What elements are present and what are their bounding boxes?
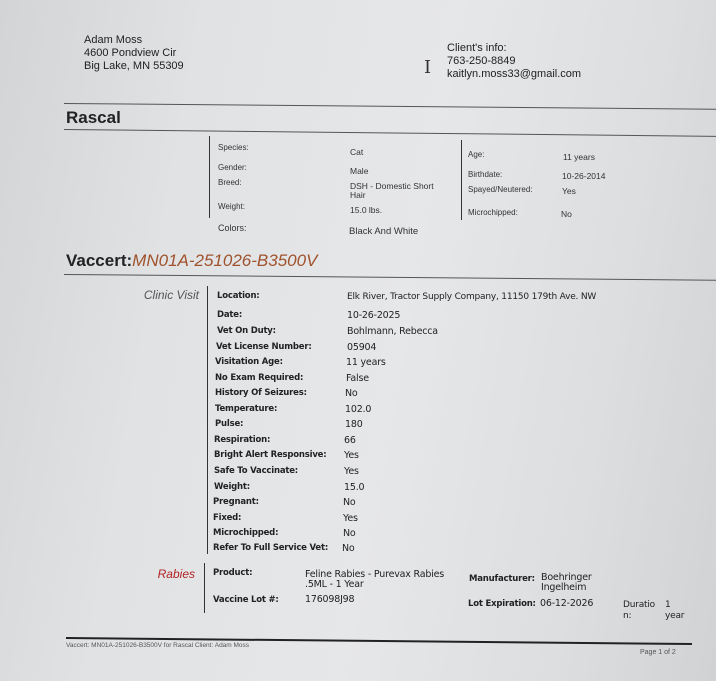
clinic-field-label: Pulse: <box>215 419 243 429</box>
clinic-field-value: 66 <box>344 435 356 446</box>
colors-label: Colors: <box>218 223 247 233</box>
clinic-field-value: Elk River, Tractor Supply Company, 11150… <box>347 292 596 302</box>
clinic-field-label: History Of Seizures: <box>215 388 307 398</box>
product-value-line2: .5ML - 1 Year <box>305 580 444 590</box>
duration-label-line2: n: <box>623 611 655 622</box>
page-number: Page 1 of 2 <box>640 649 676 656</box>
owner-city: Big Lake, MN 55309 <box>84 60 184 73</box>
species-value: Cat <box>350 147 363 157</box>
duration-value: 1 year <box>665 600 684 622</box>
weight-value: 15.0 lbs. <box>350 205 382 215</box>
age-label: Age: <box>468 150 484 159</box>
spayed-neutered-value: Yes <box>562 186 576 196</box>
footer-caption: Vaccert: MN01A-251026-B3500V for Rascal … <box>66 642 249 649</box>
divider <box>461 140 462 220</box>
duration-value-line2: year <box>665 611 684 622</box>
spayed-neutered-label: Spayed/Neutered: <box>468 185 533 194</box>
vaccine-lot-label: Vaccine Lot #: <box>213 595 279 605</box>
client-info-label: Client's info: <box>447 42 581 55</box>
clinic-field-value: 102.0 <box>345 404 371 415</box>
microchipped-label: Microchipped: <box>468 208 518 217</box>
clinic-field-value: 15.0 <box>344 482 364 493</box>
product-value: Feline Rabies - Purevax Rabies .5ML - 1 … <box>305 570 444 590</box>
duration-label-line1: Duratio <box>623 600 655 611</box>
clinic-field-label: Safe To Vaccinate: <box>214 466 298 476</box>
birthdate-value: 10-26-2014 <box>562 171 605 181</box>
manufacturer-value: Boehringer Ingelheim <box>541 573 592 593</box>
clinic-field-value: 05904 <box>347 342 376 353</box>
breed-label: Breed: <box>218 178 242 187</box>
vaccert-heading: Vaccert:MN01A-251026-B3500V <box>66 251 317 271</box>
clinic-field-value: 10-26-2025 <box>347 310 400 321</box>
colors-value: Black And White <box>349 226 418 237</box>
clinic-field-value: Yes <box>344 450 359 461</box>
divider <box>64 129 716 137</box>
clinic-field-label: No Exam Required: <box>215 373 303 383</box>
clinic-field-value: No <box>343 497 356 508</box>
clinic-field-label: Respiration: <box>214 435 270 445</box>
owner-address: Adam Moss 4600 Pondview Cir Big Lake, MN… <box>84 34 184 73</box>
weight-label: Weight: <box>218 202 245 211</box>
clinic-field-value: No <box>343 528 356 539</box>
clinic-field-label: Refer To Full Service Vet: <box>213 543 328 553</box>
divider <box>204 563 205 613</box>
pet-name: Rascal <box>66 108 121 128</box>
owner-street: 4600 Pondview Cir <box>84 47 184 60</box>
client-phone[interactable]: 763-250-8849 <box>447 55 581 68</box>
age-value: 11 years <box>563 152 595 162</box>
manufacturer-label: Manufacturer: <box>469 574 535 584</box>
duration-value-line1: 1 <box>665 600 684 611</box>
vaccert-id: MN01A-251026-B3500V <box>132 251 317 270</box>
clinic-field-label: Vet License Number: <box>216 342 312 352</box>
clinic-field-label: Weight: <box>214 482 250 492</box>
manufacturer-line2: Ingelheim <box>541 583 592 593</box>
birthdate-label: Birthdate: <box>468 170 502 179</box>
divider <box>64 274 716 281</box>
clinic-field-value: Yes <box>343 513 358 524</box>
clinic-field-label: Bright Alert Responsive: <box>214 450 326 460</box>
divider <box>64 103 716 110</box>
rabies-title: Rabies <box>100 567 195 581</box>
client-info: Client's info: 763-250-8849 kaitlyn.moss… <box>447 42 581 81</box>
vaccert-label: Vaccert: <box>66 251 132 270</box>
clinic-field-label: Pregnant: <box>213 497 259 507</box>
vaccine-lot-value: 176098J98 <box>305 594 354 605</box>
owner-name: Adam Moss <box>84 34 184 47</box>
text-cursor-icon: I <box>424 57 431 78</box>
clinic-field-label: Date: <box>217 310 242 320</box>
clinic-field-value: No <box>345 388 358 399</box>
divider <box>207 286 208 554</box>
clinic-field-label: Location: <box>217 291 260 301</box>
duration-label: Duratio n: <box>623 600 655 622</box>
clinic-field-value: 180 <box>345 419 363 430</box>
clinic-field-value: No <box>342 543 355 554</box>
clinic-visit-title: Clinic Visit <box>100 288 199 302</box>
lot-expiration-label: Lot Expiration: <box>468 599 536 609</box>
clinic-field-label: Visitation Age: <box>215 357 283 367</box>
clinic-field-value: False <box>346 373 369 384</box>
clinic-field-label: Microchipped: <box>213 528 278 538</box>
divider <box>209 136 210 218</box>
clinic-field-label: Vet On Duty: <box>217 326 276 336</box>
clinic-field-label: Temperature: <box>215 404 277 414</box>
gender-label: Gender: <box>218 163 247 172</box>
lot-expiration-value: 06-12-2026 <box>540 598 593 609</box>
species-label: Species: <box>218 143 249 152</box>
breed-value: DSH - Domestic Short Hair <box>350 182 450 200</box>
clinic-field-value: Yes <box>344 466 359 477</box>
clinic-field-label: Fixed: <box>213 513 241 523</box>
microchipped-value: No <box>561 209 572 219</box>
clinic-field-value: Bohlmann, Rebecca <box>347 326 438 337</box>
clinic-field-value: 11 years <box>346 357 386 368</box>
gender-value: Male <box>350 166 368 176</box>
product-label: Product: <box>213 568 252 578</box>
client-email[interactable]: kaitlyn.moss33@gmail.com <box>447 68 581 81</box>
